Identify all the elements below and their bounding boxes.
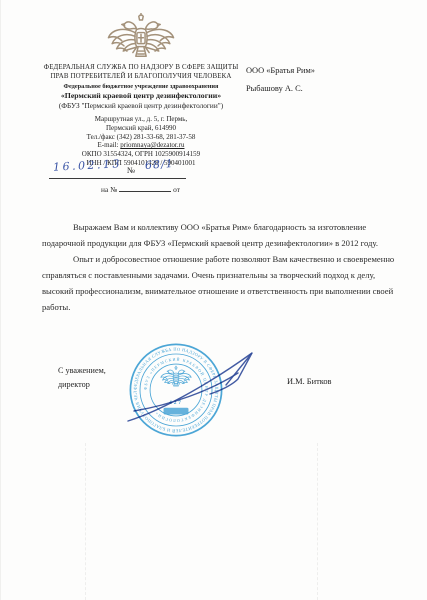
handwritten-date: 16.02.13	[53, 157, 123, 174]
reply-prefix: на №	[101, 185, 117, 194]
address-line1: Маршрутная ул., д. 5, г. Пермь,	[29, 115, 253, 124]
email-label: E-mail:	[98, 141, 119, 149]
phone-fax: Тел./факс (342) 281-33-68, 281-37-58	[29, 133, 253, 142]
signatory-name: И.М. Битков	[287, 377, 332, 386]
scan-artifact-line	[85, 443, 86, 600]
body-paragraph-1: Выражаем Вам и коллективу ООО «Братья Ри…	[42, 219, 395, 251]
letterhead: ФЕДЕРАЛЬНАЯ СЛУЖБА ПО НАДЗОРУ В СФЕРЕ ЗА…	[29, 64, 253, 168]
email-line: E-mail: priomnaya@dezator.ru	[29, 141, 253, 150]
recipient-block: ООО «Братья Рим» Рыбашову А. С.	[246, 62, 315, 98]
recipient-person: Рыбашову А. С.	[246, 80, 315, 98]
letter-body: Выражаем Вам и коллективу ООО «Братья Ри…	[42, 219, 395, 315]
letter-document: ФЕДЕРАЛЬНАЯ СЛУЖБА ПО НАДЗОРУ В СФЕРЕ ЗА…	[0, 0, 427, 600]
org-type: Федеральное бюджетное учреждение здравоо…	[29, 83, 253, 90]
org-name: «Пермский краевой центр дезинфектологии»	[29, 91, 253, 100]
recipient-company: ООО «Братья Рим»	[246, 62, 315, 80]
body-paragraph-2: Опыт и добросовестное отношение работе п…	[42, 251, 395, 315]
agency-line1: ФЕДЕРАЛЬНАЯ СЛУЖБА ПО НАДЗОРУ В СФЕРЕ ЗА…	[29, 64, 253, 73]
scan-artifact-line	[317, 443, 318, 600]
double-headed-eagle-emblem-icon	[104, 13, 178, 61]
agency-name: ФЕДЕРАЛЬНАЯ СЛУЖБА ПО НАДЗОРУ В СФЕРЕ ЗА…	[29, 64, 253, 81]
signature-closing: С уважением, директор	[58, 364, 106, 391]
org-short-name: (ФБУЗ "Пермский краевой центр дезинфекто…	[29, 101, 253, 110]
handwritten-number: 68/1	[145, 157, 175, 172]
reply-blank-line	[119, 184, 171, 192]
reply-ref-row: на №от	[101, 184, 180, 194]
number-sign: №	[127, 165, 135, 175]
outgoing-ref-row: 16.02.13 № 68/1	[49, 158, 186, 179]
signatory-title: директор	[58, 378, 106, 392]
address-line2: Пермский край, 614990	[29, 124, 253, 133]
email-link[interactable]: priomnaya@dezator.ru	[120, 141, 184, 149]
agency-line2: ПРАВ ПОТРЕБИТЕЛЕЙ И БЛАГОПОЛУЧИЯ ЧЕЛОВЕК…	[29, 73, 253, 82]
closing-phrase: С уважением,	[58, 364, 106, 378]
handwritten-signature	[106, 333, 271, 433]
reply-suffix: от	[173, 185, 180, 194]
